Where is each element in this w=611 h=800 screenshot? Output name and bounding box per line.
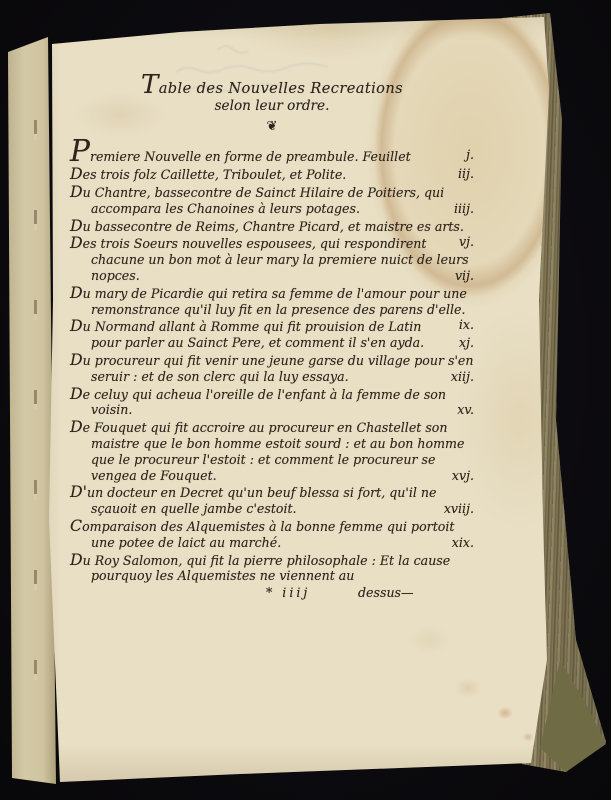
toc-entry-folio: xix. [444,535,474,551]
signature-mark: * iiij [266,585,310,601]
toc-entry: Des trois Soeurs nouvelles espousees, qu… [70,235,474,283]
toc-entry-text: Comparaison des Alquemistes à la bonne f… [70,519,454,550]
toc-entry: Des trois folz Caillette, Triboulet, et … [70,166,474,183]
toc-entry-folio: vj. [451,234,474,250]
toc-entry-text: Du Chantre, bassecontre de Sainct Hilair… [70,185,444,216]
toc-entry: Premiere Nouvelle en forme de preambule.… [70,147,474,165]
toc-entry-text: Du Normand allant à Romme qui fit prouis… [70,319,424,350]
toc-entry: Du mary de Picardie qui retira sa femme … [70,285,474,318]
toc-entry-text: Du Roy Salomon, qui fit la pierre philos… [70,553,450,584]
toc-entry-text: Premiere Nouvelle en forme de preambule.… [70,149,411,164]
toc-entry-text: D'un docteur en Decret qu'un beuf blessa… [70,485,436,516]
toc-entry-text: Du procureur qui fit venir une jeune gar… [70,353,473,384]
toc-entry-folio: xiij. [443,369,474,385]
toc-entry: Du Normand allant à Romme qui fit prouis… [70,318,474,351]
catchword: dessus— [358,585,414,601]
signature-row: * iiij dessus— [70,585,474,603]
toc-entry-text: Des trois Soeurs nouvelles espousees, qu… [70,236,469,283]
title-line-1: Table des Nouvelles Recreations [70,80,474,97]
toc-entry-folio: j. [458,147,474,163]
toc-entry: D'un docteur en Decret qu'un beuf blessa… [70,484,474,517]
toc-entry: Du bassecontre de Reims, Chantre Picard,… [70,218,474,235]
fleuron-ornament-icon: ❦ [70,119,474,135]
toc-entry-text: Des trois folz Caillette, Triboulet, et … [70,167,346,182]
title-line-2: selon leur ordre. [70,99,474,115]
toc-entry-folio: iij. [450,166,474,182]
toc-entry-folio: xv. [449,402,474,418]
toc-entries: Premiere Nouvelle en forme de preambule.… [70,147,474,584]
toc-entry-folio: ix. [451,317,474,333]
page-title: Table des Nouvelles Recreations [70,80,474,97]
toc-entry-folio: iiij. [446,201,474,217]
toc-entry-folio: vij. [447,268,474,284]
toc-entry: Du Chantre, bassecontre de Sainct Hilair… [70,184,474,217]
toc-entry-text: Du mary de Picardie qui retira sa femme … [70,286,467,317]
toc-entry-folio: xviij. [436,501,474,517]
toc-entry: Du procureur qui fit venir une jeune gar… [70,352,474,385]
toc-entry: Comparaison des Alquemistes à la bonne f… [70,518,474,551]
toc-entry-text: De Fouquet qui fit accroire au procureur… [70,420,464,482]
printed-text-block: Table des Nouvelles Recreations selon le… [70,80,474,603]
toc-entry: Du Roy Salomon, qui fit la pierre philos… [70,552,474,585]
toc-entry-text: De celuy qui acheua l'oreille de l'enfan… [70,387,446,418]
toc-entry: De Fouquet qui fit accroire au procureur… [70,419,474,483]
book-photograph: Table des Nouvelles Recreations selon le… [0,0,611,800]
toc-entry: De celuy qui acheua l'oreille de l'enfan… [70,386,474,419]
book-page: Table des Nouvelles Recreations selon le… [0,0,611,800]
toc-entry-folio: xvj. [444,468,474,484]
toc-entry-text: Du bassecontre de Reims, Chantre Picard,… [70,219,464,234]
toc-entry-folio: xj. [451,335,474,351]
